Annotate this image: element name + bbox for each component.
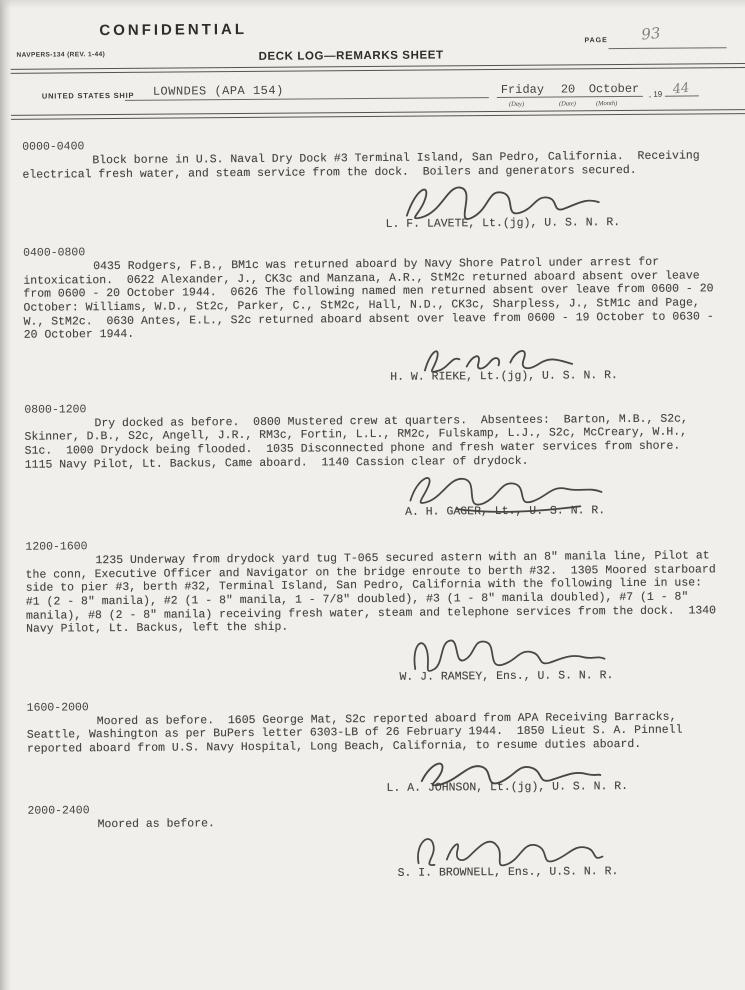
signature-block: W. J. RAMSEY, Ens., U. S. N. R.	[341, 631, 671, 684]
date-value: 20	[561, 82, 576, 96]
log-entries: 0000-0400 Block borne in U.S. Naval Dry …	[0, 115, 745, 883]
month-sublabel: (Month)	[596, 100, 617, 107]
log-entry-0800-1200: 0800-1200 Dry docked as before. 0800 Mus…	[24, 398, 722, 522]
month-value: October	[589, 82, 640, 96]
page-number-handwritten: 93	[641, 24, 662, 44]
year-prefix: , 19	[649, 90, 662, 99]
page-number-line	[608, 47, 726, 49]
form-number: NAVPERS-134 (REV. 1-44)	[17, 51, 106, 59]
signature-block: H. W. RIEKE, Lt.(jg), U. S. N. R.	[339, 337, 669, 384]
ship-name-value: LOWNDES (APA 154)	[153, 84, 284, 99]
date-sublabel: (Date)	[559, 100, 576, 107]
header-rule-top	[11, 63, 745, 74]
signature-typed-name: W. J. RAMSEY, Ens., U. S. N. R.	[341, 668, 671, 684]
deck-log-sheet: CONFIDENTIAL PAGE 93 NAVPERS-134 (REV. 1…	[0, 0, 745, 990]
signature-typed-name: A. H. GAGER, Lt., U. S. N. R.	[340, 504, 670, 520]
signature-typed-name: H. W. RIEKE, Lt.(jg), U. S. N. R.	[339, 368, 669, 384]
log-entry-0400-0800: 0400-0800 0435 Rodgers, F.B., BM1c was r…	[23, 241, 721, 386]
log-entry-0000-0400: 0000-0400 Block borne in U.S. Naval Dry …	[22, 135, 720, 234]
signature-typed-name: S. I. BROWNELL, Ens., U.S. N. R.	[343, 865, 673, 881]
log-entry-2000-2400: 2000-2400 Moored as before. S. I. BROWNE…	[27, 800, 725, 883]
signature-block: L. A. JOHNSON, Lt.(jg), U. S. N. R.	[342, 751, 672, 796]
day-sublabel: (Day)	[509, 101, 524, 108]
ship-field-label: UNITED STATES SHIP	[42, 91, 135, 101]
signature-block: A. H. GAGER, Lt., U. S. N. R.	[340, 467, 670, 520]
entry-text: Block borne in U.S. Naval Dry Dock #3 Te…	[22, 149, 715, 182]
page-label: PAGE	[584, 37, 607, 44]
day-value: Friday	[501, 83, 544, 97]
entry-text: Dry docked as before. 0800 Mustered crew…	[24, 412, 717, 472]
log-entry-1200-1600: 1200-1600 1235 Underway from drydock yar…	[25, 535, 723, 686]
signature-typed-name: L. F. LAVETE, Lt.(jg), U. S. N. R.	[338, 216, 668, 232]
entry-text: Moored as before. 1605 George Mat, S2c r…	[27, 710, 720, 756]
signature-typed-name: L. A. JOHNSON, Lt.(jg), U. S. N. R.	[342, 780, 672, 796]
classification-stamp: CONFIDENTIAL	[99, 21, 247, 39]
entry-text: 1235 Underway from drydock yard tug T-06…	[25, 549, 719, 636]
entry-text: 0435 Rodgers, F.B., BM1c was returned ab…	[23, 255, 717, 342]
form-header: CONFIDENTIAL PAGE 93 NAVPERS-134 (REV. 1…	[0, 0, 742, 121]
year-handwritten: 44	[672, 81, 690, 98]
signature-block: L. F. LAVETE, Lt.(jg), U. S. N. R.	[338, 177, 668, 232]
sheet-title: DECK LOG—REMARKS SHEET	[259, 49, 444, 62]
log-entry-1600-2000: 1600-2000 Moored as before. 1605 George …	[27, 696, 725, 798]
signature-block: S. I. BROWNELL, Ens., U.S. N. R.	[343, 828, 673, 881]
